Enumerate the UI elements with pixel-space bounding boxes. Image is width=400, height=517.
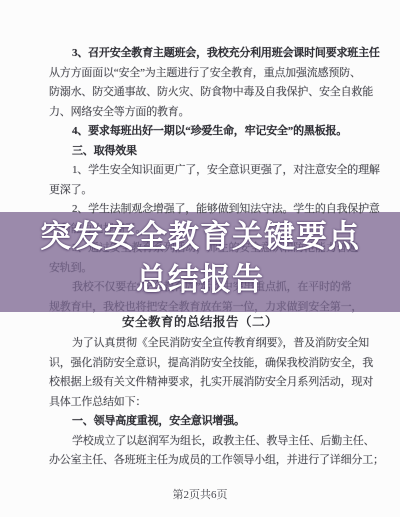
doc-line: 力、网络安全等方面的教育。 [49, 103, 383, 123]
doc-line: 3、召开安全教育主题班会，我校充分利用班会课时间要求班主任 [49, 44, 383, 64]
overlay-title: 突发安全教育关键要点 总结报告 [0, 215, 400, 301]
doc-line: 1、学生安全知识面更广了，安全意识更强了，对注意安全的理解 [49, 161, 383, 181]
doc-line: 更深了。 [49, 181, 383, 201]
doc-line: 从方方面面以“安全”为主题进行了安全教育，重点加强流感预防、 [49, 64, 383, 84]
doc-line: 办公室主任、各班班主任为成员的工作领导小组，并进行了详细分工； [49, 451, 383, 471]
document-page: 3、召开安全教育主题班会，我校充分利用班会课时间要求班主任从方方面面以“安全”为… [0, 0, 400, 517]
doc-line: 防溺水、防交通事故、防火灾、防食物中毒及自我保护、安全自救能 [49, 83, 383, 103]
overlay-title-line1: 突发安全教育关键要点 [0, 215, 400, 258]
overlay-title-line2: 总结报告 [0, 258, 400, 301]
lower-text-block: 为了认真贯彻《全民消防安全宣传教育纲要》，普及消防安全知识，强化消防安全意识，提… [49, 334, 383, 471]
doc-line: 为了认真贯彻《全民消防安全宣传教育纲要》，普及消防安全知 [49, 334, 383, 354]
doc-line: 三、取得效果 [49, 142, 383, 162]
doc-line: 一、领导高度重视，安全意识增强。 [49, 412, 383, 432]
doc-line: 4、要求每班出好一期以“珍爱生命，牢记安全”的黑板报。 [49, 122, 383, 142]
doc-line: 识，强化消防安全意识，提高消防安全技能，确保我校消防安全，我 [49, 354, 383, 374]
doc-line: 学校成立了以赵润军为组长，政教主任、教导主任、后勤主任、 [49, 432, 383, 452]
doc-line: 校根据上级有关文件精神要求，扎实开展消防安全月系列活动，现对 [49, 373, 383, 393]
doc-line: 具体工作总结如下： [49, 393, 383, 413]
section-heading: 安全教育的总结报告（二） [0, 312, 400, 330]
page-number: 第2页共6页 [0, 486, 400, 502]
